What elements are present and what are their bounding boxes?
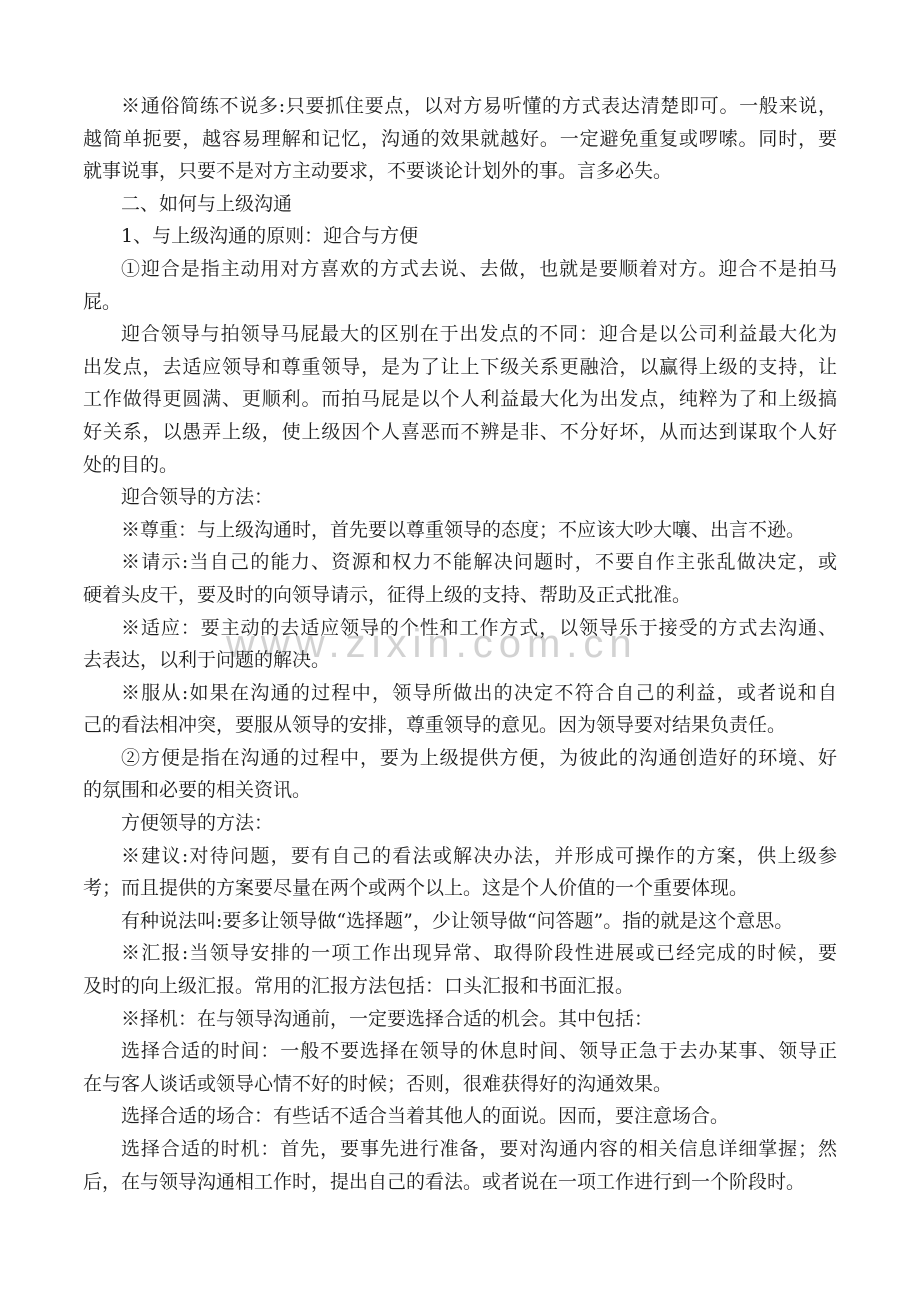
text-line: 的氛围和必要的相关资讯。 [83,774,837,807]
text-line: 考；而且提供的方案要尽量在两个或两个以上。这是个人价值的一个重要体现。 [83,872,837,905]
text-line: 及时的向上级汇报。常用的汇报方法包括：口头汇报和书面汇报。 [83,970,837,1003]
text-line: 在与客人谈话或领导心情不好的时候；否则，很难获得好的沟通效果。 [83,1068,837,1101]
text-line: 出发点，去适应领导和尊重领导，是为了让上下级关系更融洽，以赢得上级的支持，让 [83,351,837,384]
text-line: ①迎合是指主动用对方喜欢的方式去说、去做，也就是要顺着对方。迎合不是拍马 [83,253,837,286]
text-line: ※择机：在与领导沟通前，一定要选择合适的机会。其中包括： [83,1003,837,1036]
text-block: ※通俗简练不说多:只要抓住要点，以对方易听懂的方式表达清楚即可。一般来说，越简单… [83,90,837,1198]
text-line: 屁。 [83,286,837,319]
text-line: ※尊重：与上级沟通时，首先要以尊重领导的态度；不应该大吵大嚷、出言不逊。 [83,514,837,547]
document-page: { "page": { "background": "#ffffff", "te… [0,0,920,1302]
text-line: 处的目的。 [83,449,837,482]
text-line: 硬着头皮干，要及时的向领导请示，征得上级的支持、帮助及正式批准。 [83,579,837,612]
text-line: ※汇报:当领导安排的一项工作出现异常、取得阶段性进展或已经完成的时候，要 [83,937,837,970]
text-line: ※适应：要主动的去适应领导的个性和工作方式，以领导乐于接受的方式去沟通、 [83,612,837,645]
text-line: 工作做得更圆满、更顺利。而拍马屁是以个人利益最大化为出发点，纯粹为了和上级搞 [83,383,837,416]
text-line: 越简单扼要，越容易理解和记忆，沟通的效果就越好。一定避免重复或啰嗦。同时，要 [83,123,837,156]
text-line: 方便领导的方法： [83,807,837,840]
text-line: 1、与上级沟通的原则：迎合与方便 [83,220,837,253]
text-line: 二、如何与上级沟通 [83,188,837,221]
text-line: 选择合适的场合：有些话不适合当着其他人的面说。因而，要注意场合。 [83,1100,837,1133]
text-line: 去表达，以利于问题的解决。 [83,644,837,677]
text-line: ※建议:对待问题，要有自己的看法或解决办法，并形成可操作的方案，供上级参 [83,840,837,873]
text-line: 选择合适的时机：首先，要事先进行准备，要对沟通内容的相关信息详细掌握；然 [83,1133,837,1166]
text-line: ※服从:如果在沟通的过程中，领导所做出的决定不符合自己的利益，或者说和自 [83,677,837,710]
text-line: 就事说事，只要不是对方主动要求，不要谈论计划外的事。言多必失。 [83,155,837,188]
text-line: 选择合适的时间：一般不要选择在领导的休息时间、领导正急于去办某事、领导正 [83,1035,837,1068]
text-line: ※请示:当自己的能力、资源和权力不能解决问题时，不要自作主张乱做决定，或 [83,546,837,579]
text-line: ※通俗简练不说多:只要抓住要点，以对方易听懂的方式表达清楚即可。一般来说， [83,90,837,123]
text-line: 迎合领导与拍领导马屁最大的区别在于出发点的不同：迎合是以公司利益最大化为 [83,318,837,351]
text-line: 好关系，以愚弄上级，使上级因个人喜恶而不辨是非、不分好坏，从而达到谋取个人好 [83,416,837,449]
text-line: 后，在与领导沟通相工作时，提出自己的看法。或者说在一项工作进行到一个阶段时。 [83,1166,837,1199]
text-line: 迎合领导的方法： [83,481,837,514]
text-line: 己的看法相冲突，要服从领导的安排，尊重领导的意见。因为领导要对结果负责任。 [83,709,837,742]
text-line: 有种说法叫:要多让领导做“选择题”，少让领导做“问答题”。指的就是这个意思。 [83,905,837,938]
text-line: ②方便是指在沟通的过程中，要为上级提供方便，为彼此的沟通创造好的环境、好 [83,742,837,775]
